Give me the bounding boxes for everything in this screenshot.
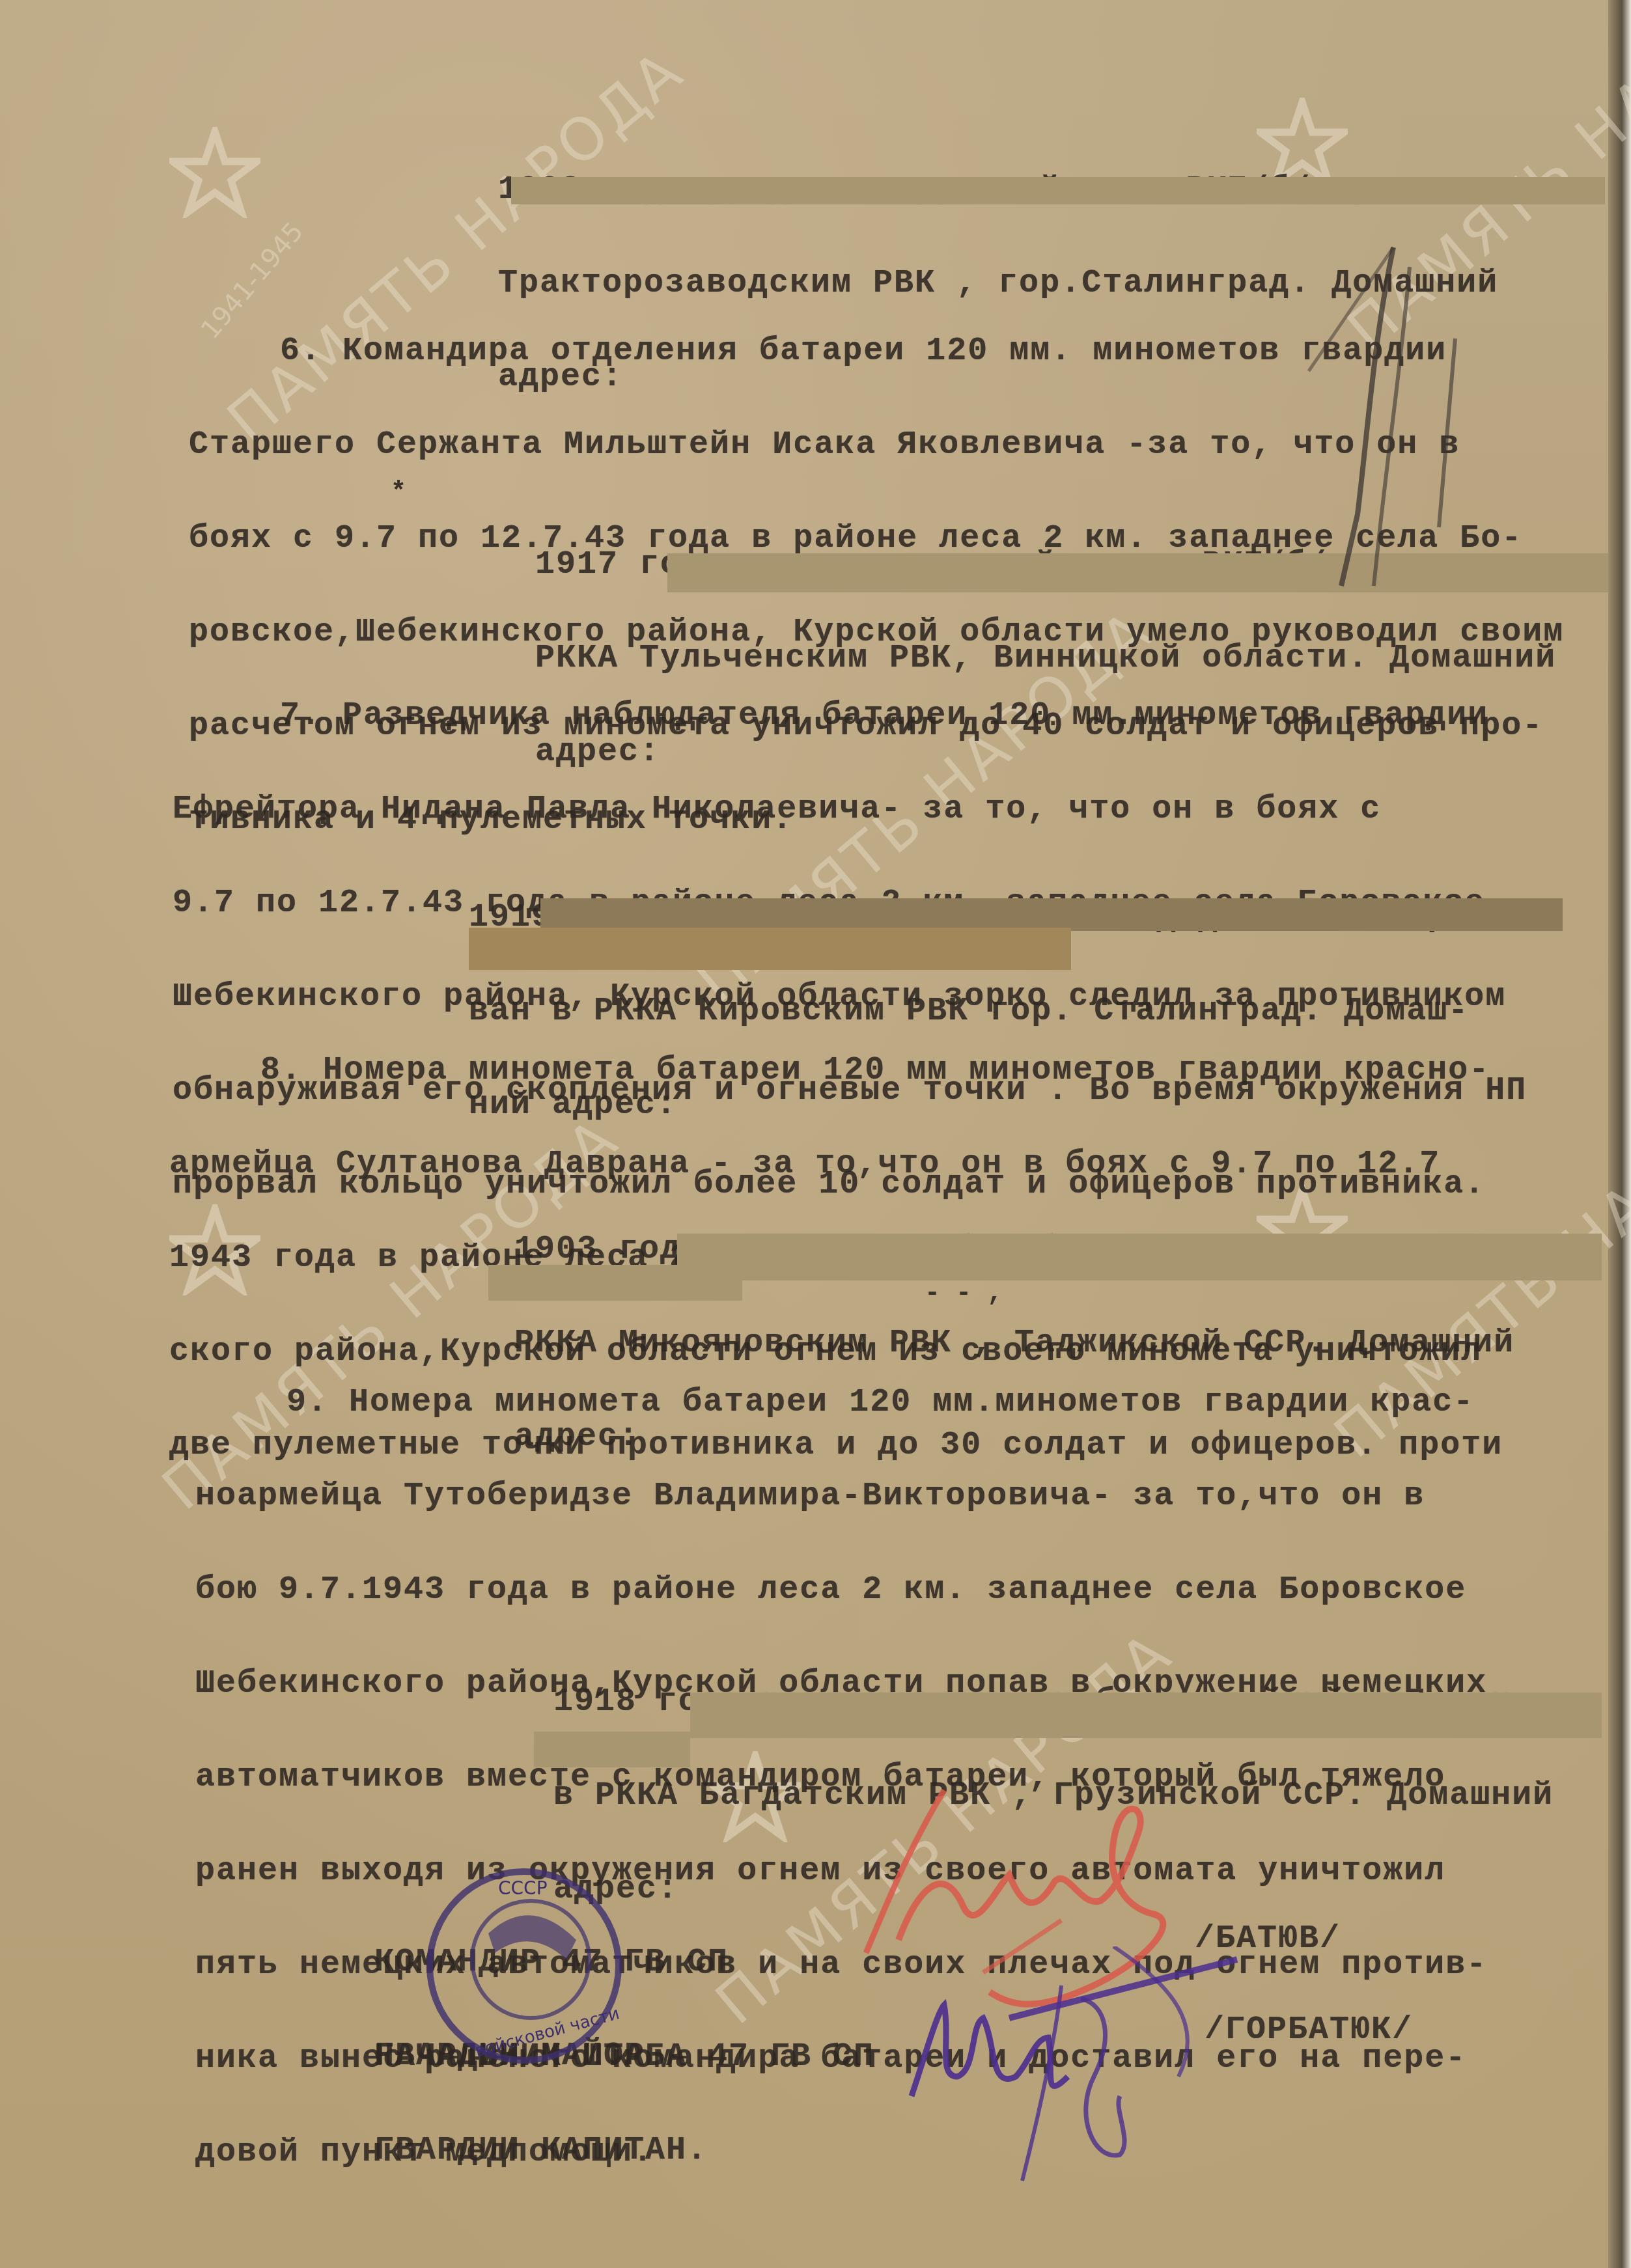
margin-mark: * bbox=[391, 478, 406, 508]
redacted-address bbox=[690, 1693, 1602, 1738]
citation-line: бою 9.7.1943 года в районе леса 2 км. за… bbox=[195, 1575, 1487, 1606]
redacted-address bbox=[488, 1265, 742, 1301]
citation-line: 8. Номера миномета батареи 120 мм миноме… bbox=[169, 1055, 1503, 1086]
title-line: ГВАРДИИ КАПИТАН. bbox=[374, 2135, 874, 2166]
redacted-address bbox=[677, 1234, 1602, 1280]
citation-line: ноармейца Тутоберидзе Владимира-Викторов… bbox=[195, 1481, 1487, 1512]
citation-line: Ефрейтора Нидана Павла Николаевича- за т… bbox=[173, 794, 1527, 825]
redacted-address bbox=[540, 898, 1563, 931]
redacted-address bbox=[511, 177, 1605, 204]
svg-text:СССР: СССР bbox=[498, 1877, 548, 1899]
redacted-address bbox=[469, 928, 1071, 970]
pencil-mark bbox=[1296, 221, 1458, 612]
official-stamp-icon: СССР войсковой части bbox=[417, 1855, 632, 2070]
margin-mark: - - , bbox=[925, 1279, 1003, 1308]
chief-of-staff-signature bbox=[899, 1946, 1289, 2226]
redacted-address bbox=[667, 553, 1608, 592]
svg-text:войсковой части: войсковой части bbox=[473, 2004, 622, 2061]
citation-line: 9. Номера миномета батареи 120 мм.миноме… bbox=[195, 1387, 1487, 1418]
citation-line: 7. Разведчика наблюдателя батареи 120 мм… bbox=[173, 700, 1527, 732]
redacted-address bbox=[534, 1732, 690, 1767]
scan-edge bbox=[1608, 0, 1631, 2268]
watermark-star-icon bbox=[169, 127, 260, 218]
